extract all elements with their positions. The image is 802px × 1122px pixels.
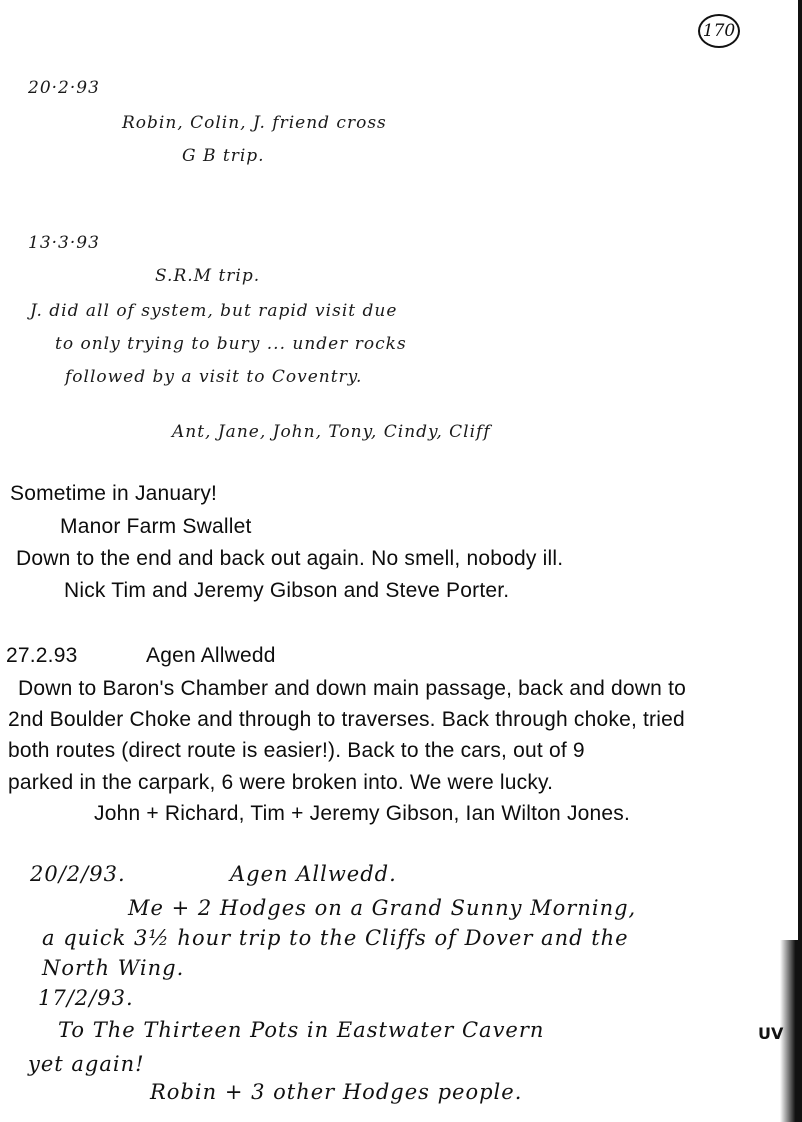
- entry-line: followed by a visit to Coventry.: [65, 367, 362, 387]
- entry-line: Robin, Colin, J. friend cross: [122, 113, 387, 133]
- entry-line: Down to Baron's Chamber and down main pa…: [18, 677, 686, 701]
- entry-line: J. did all of system, but rapid visit du…: [30, 301, 397, 321]
- entry-line: a quick 3½ hour trip to the Cliffs of Do…: [42, 926, 629, 950]
- entry-line: North Wing.: [42, 956, 184, 980]
- entry-line: Robin + 3 other Hodges people.: [150, 1080, 522, 1104]
- entry-line: Manor Farm Swallet: [60, 515, 251, 539]
- entry-line: parked in the carpark, 6 were broken int…: [8, 771, 553, 795]
- entry-line: Nick Tim and Jeremy Gibson and Steve Por…: [64, 579, 509, 603]
- page-number: 170: [698, 14, 740, 48]
- entry-line: To The Thirteen Pots in Eastwater Cavern: [58, 1018, 544, 1042]
- entry-line: Ant, Jane, John, Tony, Cindy, Cliff: [172, 422, 491, 442]
- entry-date: 20·2·93: [28, 78, 100, 98]
- entry-line: both routes (direct route is easier!). B…: [8, 739, 585, 763]
- entry-line: John + Richard, Tim + Jeremy Gibson, Ian…: [94, 802, 630, 826]
- entry-title: Agen Allwedd: [146, 644, 276, 668]
- entry-line: 2nd Boulder Choke and through to travers…: [8, 708, 685, 732]
- entry-line: yet again!: [28, 1052, 145, 1076]
- entry-date: 13·3·93: [28, 233, 100, 253]
- entry-line: Me + 2 Hodges on a Grand Sunny Morning,: [128, 896, 636, 920]
- margin-stamp: UV: [758, 1024, 783, 1043]
- entry-line: Down to the end and back out again. No s…: [16, 547, 563, 571]
- entry-date: 20/2/93.: [30, 862, 126, 886]
- entry-line: S.R.M trip.: [155, 266, 260, 286]
- entry-date: 27.2.93: [6, 644, 77, 668]
- entry-line: to only trying to bury ... under rocks: [55, 334, 407, 354]
- entry-date: 17/2/93.: [38, 986, 134, 1010]
- entry-line: G B trip.: [182, 146, 265, 166]
- entry-date: Sometime in January!: [10, 482, 217, 506]
- entry-title: Agen Allwedd.: [230, 862, 397, 886]
